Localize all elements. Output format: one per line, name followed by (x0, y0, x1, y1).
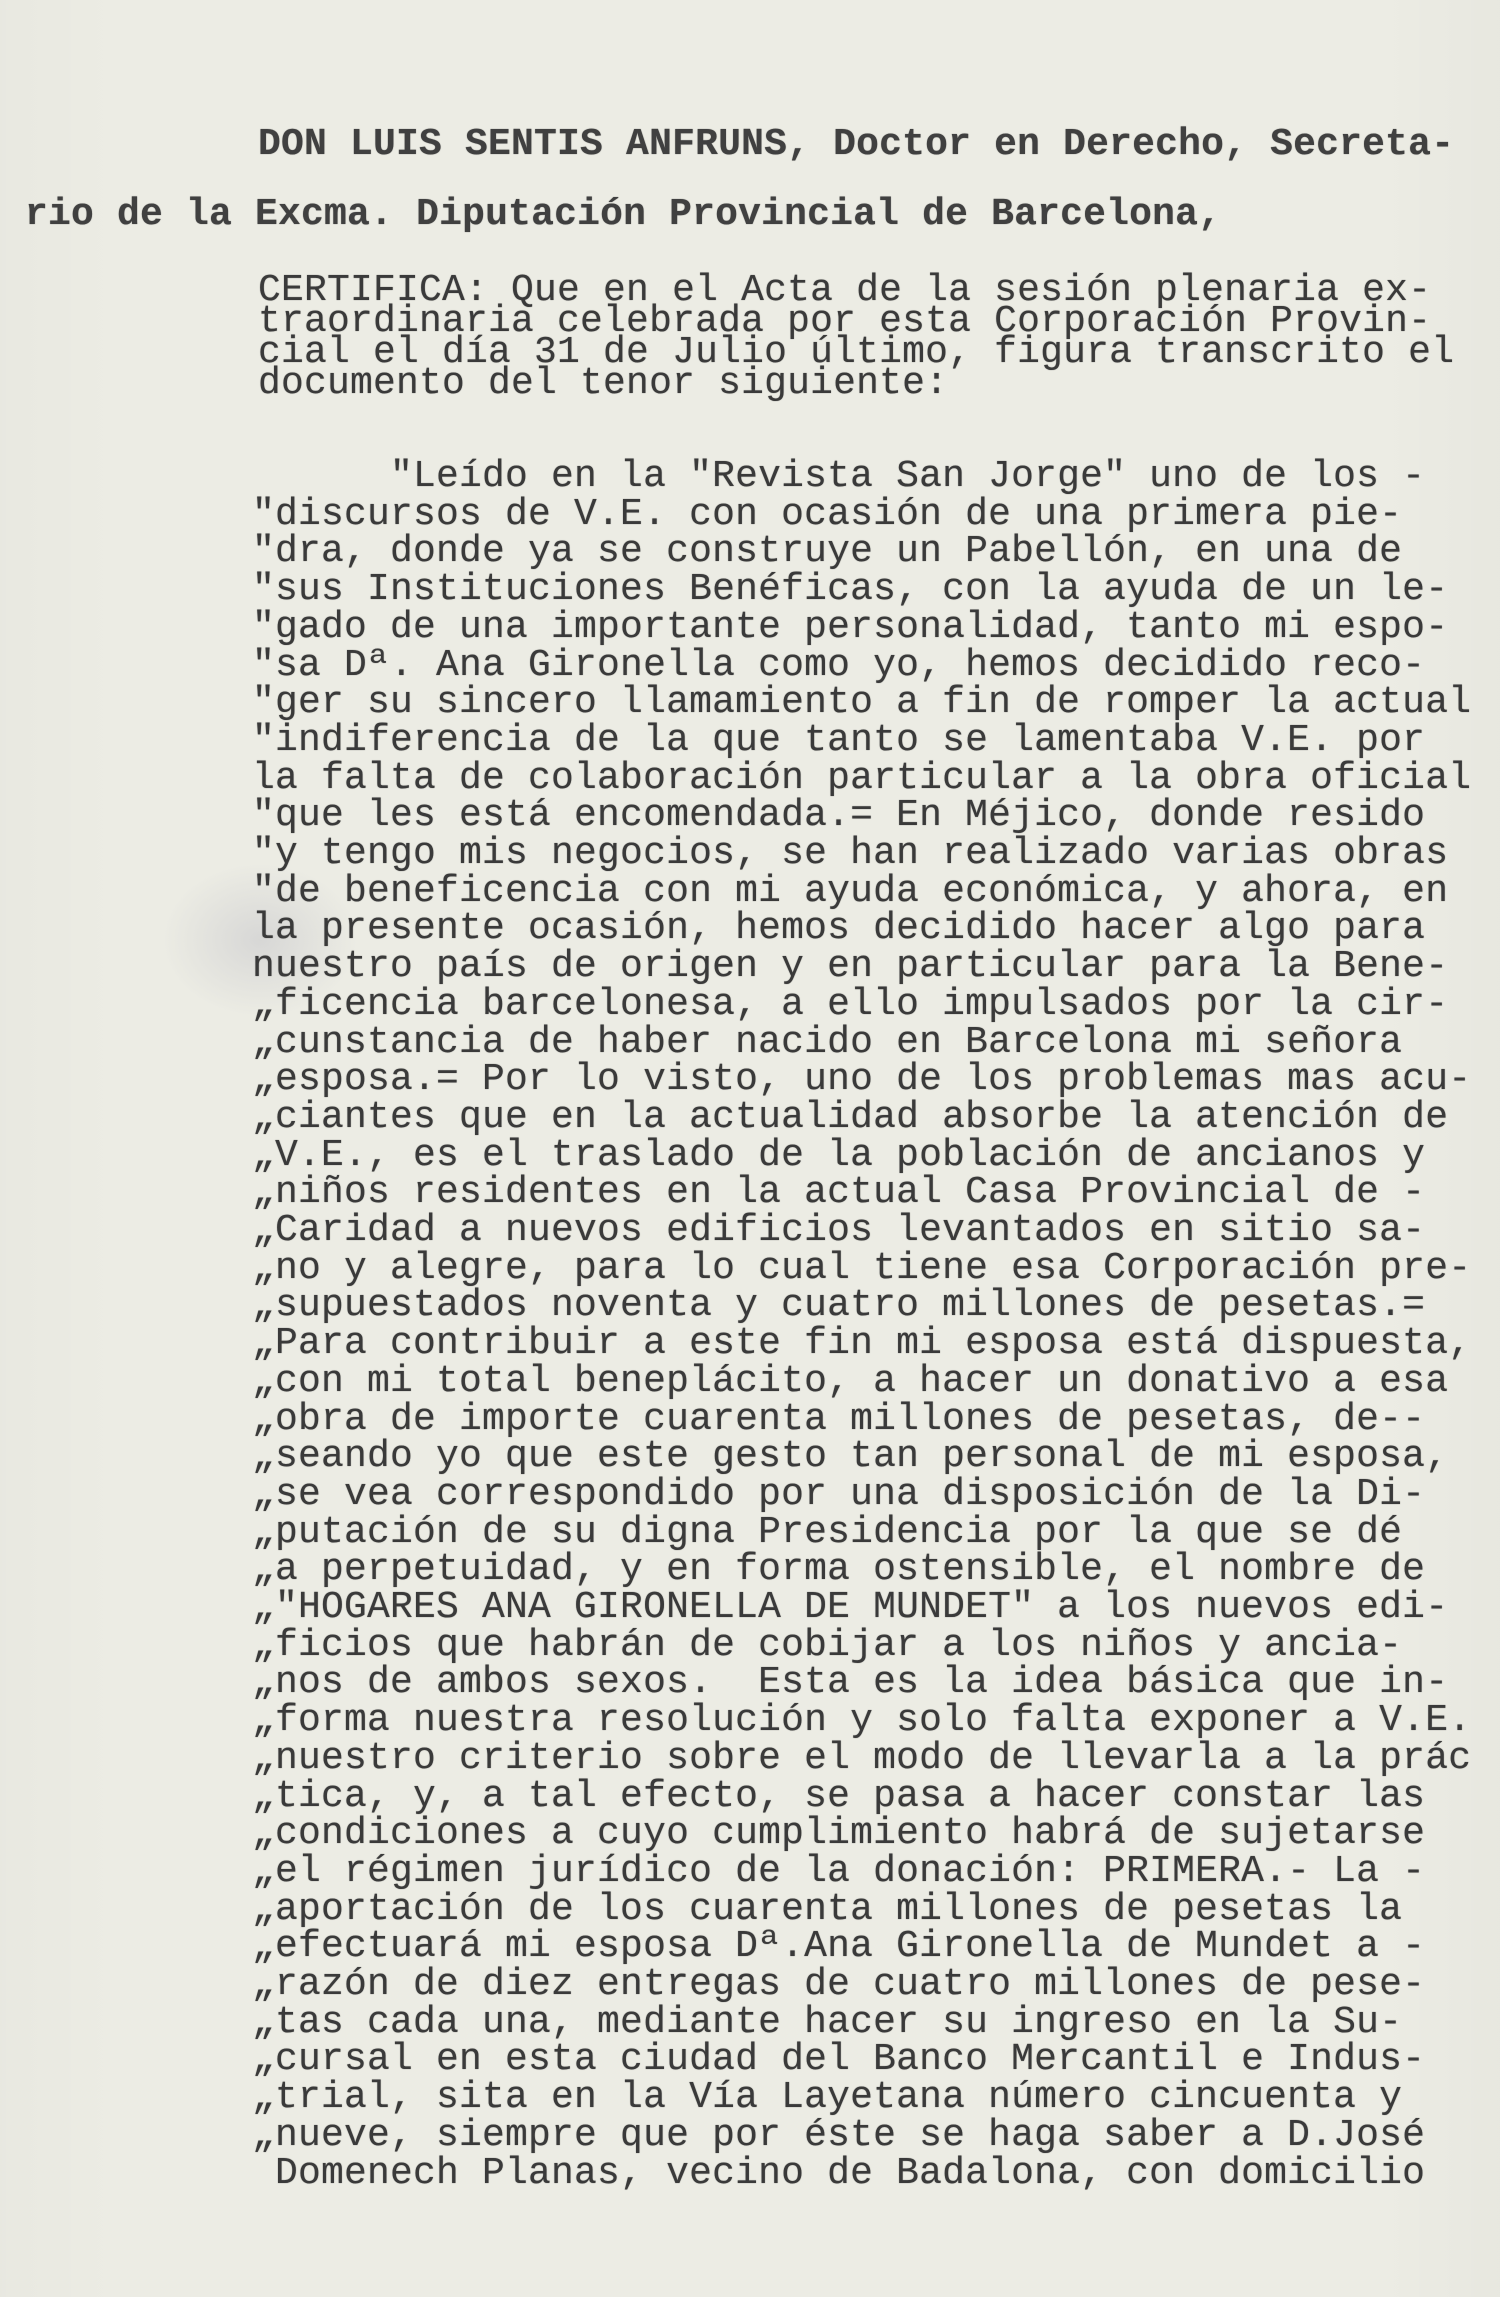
quoted-text-line: "ger su sincero llamamiento a fin de rom… (252, 684, 1471, 722)
quoted-text-line: „forma nuestra resolución y solo falta e… (252, 1702, 1471, 1740)
quoted-text-line: "dra, donde ya se construye un Pabellón,… (252, 533, 1402, 571)
quoted-text-line: "y tengo mis negocios, se han realizado … (252, 835, 1448, 873)
quoted-text-line: „Para contribuir a este fin mi esposa es… (252, 1325, 1471, 1363)
quoted-text-line: „el régimen jurídico de la donación: PRI… (252, 1853, 1425, 1891)
document-page: DON LUIS SENTIS ANFRUNS, Doctor en Derec… (0, 0, 1500, 2297)
quoted-text-line: "que les está encomendada.= En Méjico, d… (252, 797, 1425, 835)
quoted-text-line: „supuestados noventa y cuatro millones d… (252, 1287, 1425, 1325)
certifica-line: documento del tenor siguiente: (258, 365, 948, 403)
quoted-text-line: „cursal en esta ciudad del Banco Mercant… (252, 2041, 1425, 2079)
quoted-text-line: nuestro país de origen y en particular p… (252, 948, 1448, 986)
quoted-text-line: "indiferencia de la que tanto se lamenta… (252, 722, 1425, 760)
quoted-text-line: „nos de ambos sexos. Esta es la idea bás… (252, 1664, 1448, 1702)
quoted-text-line: „"HOGARES ANA GIRONELLA DE MUNDET" a los… (252, 1589, 1448, 1627)
quoted-text-line: „esposa.= Por lo visto, uno de los probl… (252, 1061, 1471, 1099)
quoted-text-line: „tica, y, a tal efecto, se pasa a hacer … (252, 1778, 1425, 1816)
quoted-text-line: „ficios que habrán de cobijar a los niño… (252, 1627, 1402, 1665)
header-line-2: rio de la Excma. Diputación Provincial d… (25, 196, 1221, 234)
quoted-text-line: la presente ocasión, hemos decidido hace… (252, 910, 1425, 948)
quoted-text-line: „ficencia barcelonesa, a ello impulsados… (252, 986, 1448, 1024)
quoted-text-line: „trial, sita en la Vía Layetana número c… (252, 2079, 1402, 2117)
quoted-text-line: "Leído en la "Revista San Jorge" uno de … (252, 458, 1425, 496)
quoted-text-line: „seando yo que este gesto tan personal d… (252, 1438, 1448, 1476)
quoted-text-line: Domenech Planas, vecino de Badalona, con… (252, 2155, 1425, 2193)
quoted-text-line: „nuestro criterio sobre el modo de lleva… (252, 1740, 1471, 1778)
quoted-text-line: la falta de colaboración particular a la… (252, 760, 1471, 798)
quoted-text-line: „se vea correspondido por una disposició… (252, 1476, 1425, 1514)
quoted-text-line: „condiciones a cuyo cumplimiento habrá d… (252, 1815, 1425, 1853)
quoted-text-line: "sus Instituciones Benéficas, con la ayu… (252, 571, 1448, 609)
quoted-text-line: "de beneficencia con mi ayuda económica,… (252, 873, 1448, 911)
quoted-text-line: „razón de diez entregas de cuatro millon… (252, 1966, 1425, 2004)
quoted-text-line: „ciantes que en la actualidad absorbe la… (252, 1099, 1448, 1137)
quoted-text-line: „niños residentes en la actual Casa Prov… (252, 1174, 1425, 1212)
quoted-text-line: „V.E., es el traslado de la población de… (252, 1137, 1425, 1175)
quoted-text-line: „a perpetuidad, y en forma ostensible, e… (252, 1551, 1425, 1589)
quoted-text-line: "discursos de V.E. con ocasión de una pr… (252, 496, 1402, 534)
quoted-text-line: „cunstancia de haber nacido en Barcelona… (252, 1024, 1402, 1062)
quoted-text-line: „obra de importe cuarenta millones de pe… (252, 1401, 1425, 1439)
quoted-text-line: „tas cada una, mediante hacer su ingreso… (252, 2004, 1402, 2042)
header-line-1: DON LUIS SENTIS ANFRUNS, Doctor en Derec… (258, 126, 1454, 164)
quoted-text-line: "sa Dª. Ana Gironella como yo, hemos dec… (252, 647, 1425, 685)
quoted-text-line: „aportación de los cuarenta millones de … (252, 1891, 1402, 1929)
quoted-text-line: "gado de una importante personalidad, ta… (252, 609, 1448, 647)
quoted-text-line: „nueve, siempre que por éste se haga sab… (252, 2117, 1425, 2155)
quoted-text-line: „con mi total beneplácito, a hacer un do… (252, 1363, 1448, 1401)
quoted-text-line: „efectuará mi esposa Dª.Ana Gironella de… (252, 1928, 1425, 1966)
quoted-text-line: „Caridad a nuevos edificios levantados e… (252, 1212, 1425, 1250)
quoted-text-line: „putación de su digna Presidencia por la… (252, 1514, 1402, 1552)
quoted-text-line: „no y alegre, para lo cual tiene esa Cor… (252, 1250, 1471, 1288)
